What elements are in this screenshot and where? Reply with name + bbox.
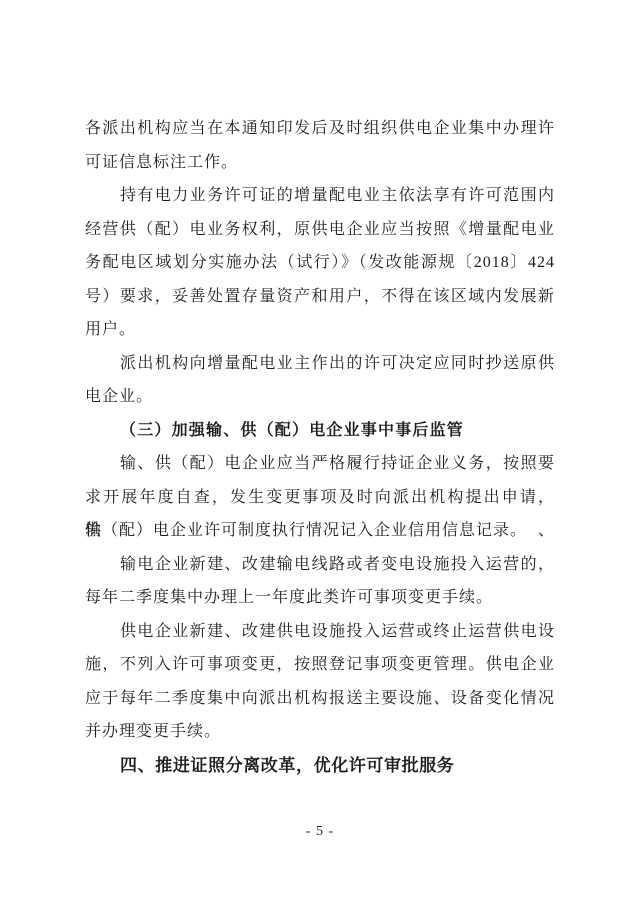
subsection-heading: （三）加强输、供（配）电企业事中事后监管 xyxy=(85,414,555,448)
document-page: 各派出机构应当在本通知印发后及时组织供电企业集中办理许 可证信息标注工作。 持有… xyxy=(0,0,640,905)
text-line: 每年二季度集中办理上一年度此类许可事项变更手续。 xyxy=(85,581,555,615)
text-line: 应于每年二季度集中向派出机构报送主要设施、设备变化情况 xyxy=(85,682,555,716)
text-line: 求开展年度自查，发生变更事项及时向派出机构提出申请，输、 xyxy=(85,481,555,515)
text-line: 电企业。 xyxy=(85,380,555,414)
page-number: - 5 - xyxy=(0,822,640,842)
text-line: 派出机构向增量配电业主作出的许可决定应同时抄送原供 xyxy=(85,347,555,381)
section-heading: 四、推进证照分离改革，优化许可审批服务 xyxy=(85,749,555,783)
text-line: 并办理变更手续。 xyxy=(85,715,555,749)
text-line: 务配电区域划分实施办法（试行）》（发改能源规〔2018〕424 xyxy=(85,246,555,280)
text-line: 施，不列入许可事项变更，按照登记事项变更管理。供电企业 xyxy=(85,648,555,682)
text-line: 可证信息标注工作。 xyxy=(85,146,555,180)
text-line: 用户。 xyxy=(85,313,555,347)
document-body: 各派出机构应当在本通知印发后及时组织供电企业集中办理许 可证信息标注工作。 持有… xyxy=(85,112,555,782)
text-line: 供（配）电企业许可制度执行情况记入企业信用信息记录。 xyxy=(85,514,555,548)
text-line: 持有电力业务许可证的增量配电业主依法享有许可范围内 xyxy=(85,179,555,213)
text-line: 输、供（配）电企业应当严格履行持证企业义务，按照要 xyxy=(85,447,555,481)
text-line: 号）要求，妥善处置存量资产和用户，不得在该区域内发展新 xyxy=(85,280,555,314)
text-line: 供电企业新建、改建供电设施投入运营或终止运营供电设 xyxy=(85,615,555,649)
text-line: 经营供（配）电业务权利，原供电企业应当按照《增量配电业 xyxy=(85,213,555,247)
text-line: 输电企业新建、改建输电线路或者变电设施投入运营的， xyxy=(85,548,555,582)
text-line: 各派出机构应当在本通知印发后及时组织供电企业集中办理许 xyxy=(85,112,555,146)
